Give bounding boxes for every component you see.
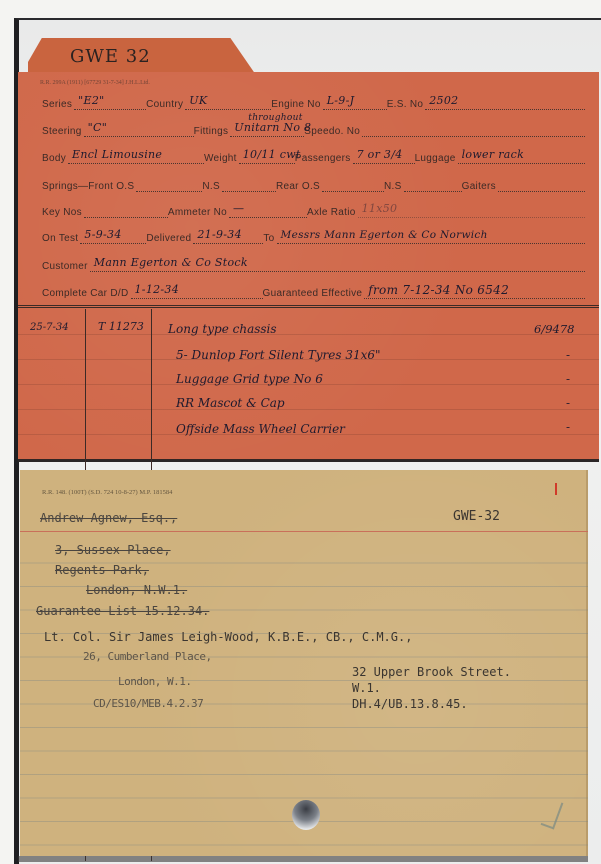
on-test-label: On Test	[42, 233, 80, 244]
row-steering: Steering "C" Fittings Unitarn No 8 throu…	[42, 119, 585, 137]
row-key-nos: Key Nos Ammeter No — Axle Ratio 11x50	[42, 200, 585, 218]
customer-value: Mann Egerton & Co Stock	[90, 256, 585, 272]
red-tick-mark	[555, 483, 557, 495]
ammeter-no-value: —	[229, 202, 307, 218]
delivered-label: Delivered	[146, 233, 193, 244]
previous-owner-name: Andrew Agnew, Esq.,	[40, 511, 177, 525]
springs-rear-os-label: Rear O.S	[276, 181, 322, 192]
passengers-value: 7 or 3/4	[353, 148, 415, 164]
series-label: Series	[42, 99, 74, 110]
current-owner-name: Lt. Col. Sir James Leigh-Wood, K.B.E., C…	[44, 630, 412, 644]
row-on-test: On Test 5-9-34 Delivered 21-9-34 To Mess…	[42, 226, 585, 244]
luggage-label: Luggage	[415, 153, 458, 164]
struck-address-line-1: 26, Cumberland Place,	[83, 650, 212, 663]
owner-card-print-reference: R.R. 148. (100T) (S.D. 724 10-8-27) M.P.…	[42, 489, 172, 496]
body-label: Body	[42, 153, 68, 164]
chassis-ref: GWE-32	[453, 509, 500, 524]
owner-card-red-rule	[20, 531, 588, 532]
fittings-label: Fittings	[194, 126, 231, 137]
previous-address-line-3: London, N.W.1.	[86, 583, 187, 597]
tab-label: GWE 32	[70, 46, 151, 67]
ammeter-no-label: Ammeter No	[168, 207, 229, 218]
es-no-value: 2502	[425, 94, 585, 110]
engine-no-label: Engine No	[271, 99, 322, 110]
body-value: Encl Limousine	[68, 148, 204, 164]
gaiters-label: Gaiters	[462, 181, 498, 192]
delivered-to-value: Messrs Mann Egerton & Co Norwich	[277, 228, 585, 244]
country-value: UK	[185, 94, 271, 110]
entry-mark-4: -	[566, 420, 570, 434]
row-springs: Springs—Front O.S N.S Rear O.S N.S Gaite…	[42, 174, 585, 192]
fittings-value-above: throughout	[248, 111, 302, 125]
punch-hole	[292, 800, 320, 830]
row-customer: Customer Mann Egerton & Co Stock	[42, 254, 585, 272]
luggage-value: lower rack	[458, 148, 585, 164]
entry-mark-3: -	[566, 396, 570, 410]
entry-line-3: Luggage Grid type No 6	[176, 372, 323, 386]
entry-line-4: RR Mascot & Cap	[176, 396, 285, 410]
header-divider	[18, 305, 599, 308]
key-nos-label: Key Nos	[42, 207, 84, 218]
engine-no-value: L-9-J	[323, 94, 387, 110]
previous-address-line-2: Regents Park,	[55, 563, 149, 577]
entry-date: 25-7-34	[30, 322, 69, 333]
guaranteed-effective-label: Guaranteed Effective	[263, 288, 365, 299]
entry-mark-2: -	[566, 372, 570, 386]
delivered-value: 21-9-34	[193, 228, 263, 244]
gaiters-value	[498, 176, 585, 192]
country-label: Country	[146, 99, 185, 110]
axle-ratio-value: 11x50	[358, 202, 585, 218]
entry-line-1: Long type chassis	[168, 322, 277, 336]
springs-rear-ns-value	[404, 176, 462, 192]
weight-label: Weight	[204, 153, 239, 164]
passengers-label: Passengers	[295, 153, 353, 164]
guaranteed-effective-value: from 7-12-34 No 6542	[364, 283, 585, 299]
entry-ref: T 11273	[98, 320, 144, 333]
es-no-label: E.S. No	[387, 99, 426, 110]
springs-rear-os-value	[322, 176, 384, 192]
complete-car-value: 1-12-34	[131, 283, 263, 299]
delivered-to-label: To	[263, 233, 276, 244]
springs-rear-ns-label: N.S	[384, 181, 404, 192]
previous-address-line-1: 3, Sussex Place,	[55, 543, 171, 557]
springs-front-ns-label: N.S	[202, 181, 222, 192]
entry-ref-right: 6/9478	[534, 322, 574, 336]
axle-ratio-label: Axle Ratio	[307, 207, 358, 218]
springs-front-os-value	[136, 176, 202, 192]
row-series: Series "E2" Country UK Engine No L-9-J E…	[42, 92, 585, 110]
struck-ref: CD/ES10/MEB.4.2.37	[93, 697, 203, 710]
on-test-value: 5-9-34	[80, 228, 146, 244]
row-complete-car: Complete Car D/D 1-12-34 Guaranteed Effe…	[42, 281, 585, 299]
new-address-line-1: 32 Upper Brook Street.	[352, 665, 511, 679]
complete-car-label: Complete Car D/D	[42, 288, 131, 299]
key-nos-value	[84, 202, 168, 218]
steering-label: Steering	[42, 126, 84, 137]
customer-label: Customer	[42, 261, 90, 272]
entry-mark-1: -	[566, 348, 570, 362]
struck-address-line-2: London, W.1.	[118, 675, 191, 688]
card-shadow	[18, 856, 588, 862]
entry-line-5: Offside Mass Wheel Carrier	[176, 422, 345, 436]
fittings-field: Unitarn No 8 throughout	[230, 121, 304, 137]
speedo-no-value	[362, 121, 585, 137]
entry-line-2: 5- Dunlop Fort Silent Tyres 31x6"	[176, 348, 381, 362]
row-body: Body Encl Limousine Weight 10/11 cwt Pas…	[42, 146, 585, 164]
steering-value: "C"	[84, 121, 194, 137]
series-value: "E2"	[74, 94, 146, 110]
new-ref: DH.4/UB.13.8.45.	[352, 697, 468, 711]
speedo-no-label: Speedo. No	[304, 126, 362, 137]
weight-value: 10/11 cwt	[239, 148, 295, 164]
new-address-line-2: W.1.	[352, 681, 381, 695]
springs-front-ns-value	[222, 176, 276, 192]
springs-front-os-label: Springs—Front O.S	[42, 181, 136, 192]
print-reference: R.R. 299A (1911) [67729 31-7-34] J.H.L.L…	[40, 80, 150, 86]
guarantee-list: Guarantee List 15.12.34.	[36, 604, 209, 618]
